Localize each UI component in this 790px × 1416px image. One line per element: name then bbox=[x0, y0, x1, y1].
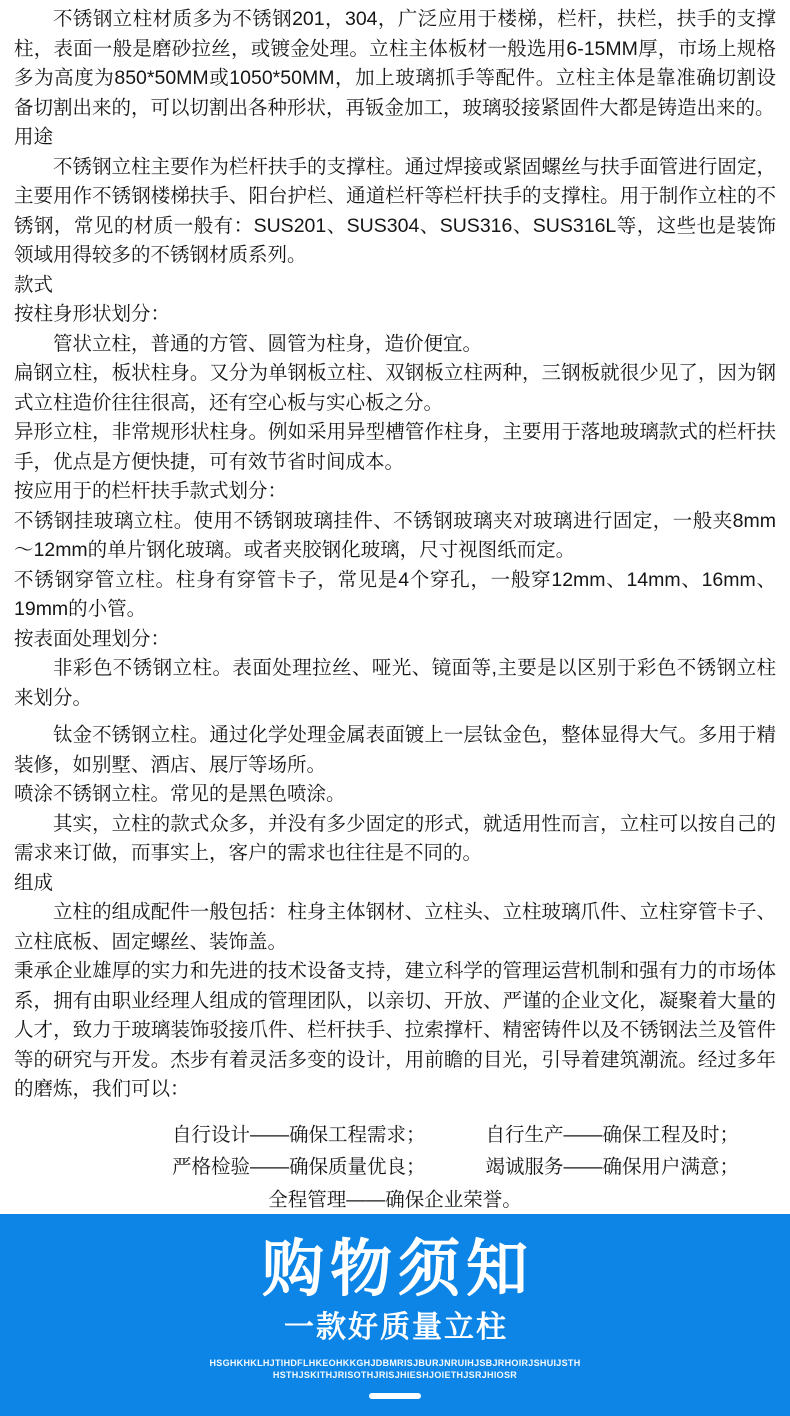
paragraph-spray-coated-post: 喷涂不锈钢立柱。常见的是黑色喷涂。 bbox=[14, 780, 776, 810]
company-slogans: 自行设计——确保工程需求；自行生产——确保工程及时； 严格检验——确保质量优良；… bbox=[14, 1119, 776, 1217]
paragraph-custom-styles: 其实，立柱的款式众多，并没有多少固定的形式，就适用性而言，立柱可以按自己的需求来… bbox=[14, 810, 776, 869]
shopping-notice-banner: 购物须知 一款好质量立柱 HSGHKHKLHJTIHDFLHKEOHKKGHJD… bbox=[0, 1214, 790, 1416]
slogan-design: 自行设计——确保工程需求； bbox=[172, 1124, 426, 1146]
heading-usage: 用途 bbox=[14, 123, 776, 153]
paragraph-non-colored-post: 非彩色不锈钢立柱。表面处理拉丝、哑光、镜面等,主要是以区别于彩色不锈钢立柱来划分… bbox=[14, 654, 776, 713]
subheading-by-surface-treatment: 按表面处理划分： bbox=[14, 625, 776, 655]
slogan-row-2: 严格检验——确保质量优良；竭诚服务——确保用户满意； bbox=[14, 1151, 776, 1184]
paragraph-components: 立柱的组成配件一般包括：柱身主体钢材、立柱头、立柱玻璃爪件、立柱穿管卡子、立柱底… bbox=[14, 898, 776, 957]
slogan-row-3: 全程管理——确保企业荣誉。 bbox=[14, 1184, 776, 1217]
subheading-by-body-shape: 按柱身形状划分： bbox=[14, 300, 776, 330]
banner-fineprint-line-2: HSTHJSKITHJRISOTHJRISJHIESHJOIETHJSRJHIO… bbox=[209, 1370, 580, 1382]
subheading-by-handrail-style: 按应用于的栏杆扶手款式划分： bbox=[14, 477, 776, 507]
slogan-management: 全程管理——确保企业荣誉。 bbox=[268, 1189, 522, 1211]
paragraph-special-shape-post: 异形立柱，非常规形状柱身。例如采用异型槽管作柱身，主要用于落地玻璃款式的栏杆扶手… bbox=[14, 418, 776, 477]
banner-fineprint-line-1: HSGHKHKLHJTIHDFLHKEOHKKGHJDBMRISJBURJNRU… bbox=[209, 1358, 580, 1370]
paragraph-company-intro: 秉承企业雄厚的实力和先进的技术设备支持，建立科学的管理运营机制和强有力的市场体系… bbox=[14, 957, 776, 1105]
product-detail-page: 不锈钢立柱材质多为不锈钢201，304，广泛应用于楼梯，栏杆，扶栏，扶手的支撑柱… bbox=[0, 0, 790, 1416]
slogan-row-1: 自行设计——确保工程需求；自行生产——确保工程及时； bbox=[14, 1119, 776, 1152]
heading-composition: 组成 bbox=[14, 869, 776, 899]
paragraph-tube-post: 管状立柱，普通的方管、圆管为柱身，造价便宜。 bbox=[14, 330, 776, 360]
paragraph-material-intro: 不锈钢立柱材质多为不锈钢201，304，广泛应用于楼梯，栏杆，扶栏，扶手的支撑柱… bbox=[14, 5, 776, 123]
paragraph-usage: 不锈钢立柱主要作为栏杆扶手的支撑柱。通过焊接或紧固螺丝与扶手面管进行固定，主要用… bbox=[14, 153, 776, 271]
paragraph-glass-hanging-post: 不锈钢挂玻璃立柱。使用不锈钢玻璃挂件、不锈钢玻璃夹对玻璃进行固定，一般夹8mm～… bbox=[14, 507, 776, 566]
banner-title: 购物须知 bbox=[262, 1238, 534, 1302]
banner-subtitle: 一款好质量立柱 bbox=[284, 1312, 508, 1344]
banner-fineprint: HSGHKHKLHJTIHDFLHKEOHKKGHJDBMRISJBURJNRU… bbox=[209, 1358, 580, 1381]
slogan-service: 竭诚服务——确保用户满意； bbox=[486, 1156, 740, 1178]
paragraph-pipe-through-post: 不锈钢穿管立柱。柱身有穿管卡子，常见是4个穿孔，一般穿12mm、14mm、16m… bbox=[14, 566, 776, 625]
paragraph-titanium-post: 钛金不锈钢立柱。通过化学处理金属表面镀上一层钛金色，整体显得大气。多用于精装修，… bbox=[14, 721, 776, 780]
slogan-inspection: 严格检验——确保质量优良； bbox=[172, 1156, 426, 1178]
paragraph-flat-steel-post: 扁钢立柱，板状柱身。又分为单钢板立柱、双钢板立柱两种，三钢板就很少见了，因为钢式… bbox=[14, 359, 776, 418]
product-description: 不锈钢立柱材质多为不锈钢201，304，广泛应用于楼梯，栏杆，扶栏，扶手的支撑柱… bbox=[0, 0, 790, 1216]
slogan-production: 自行生产——确保工程及时； bbox=[486, 1124, 740, 1146]
banner-divider-bar bbox=[369, 1393, 421, 1399]
heading-styles: 款式 bbox=[14, 271, 776, 301]
